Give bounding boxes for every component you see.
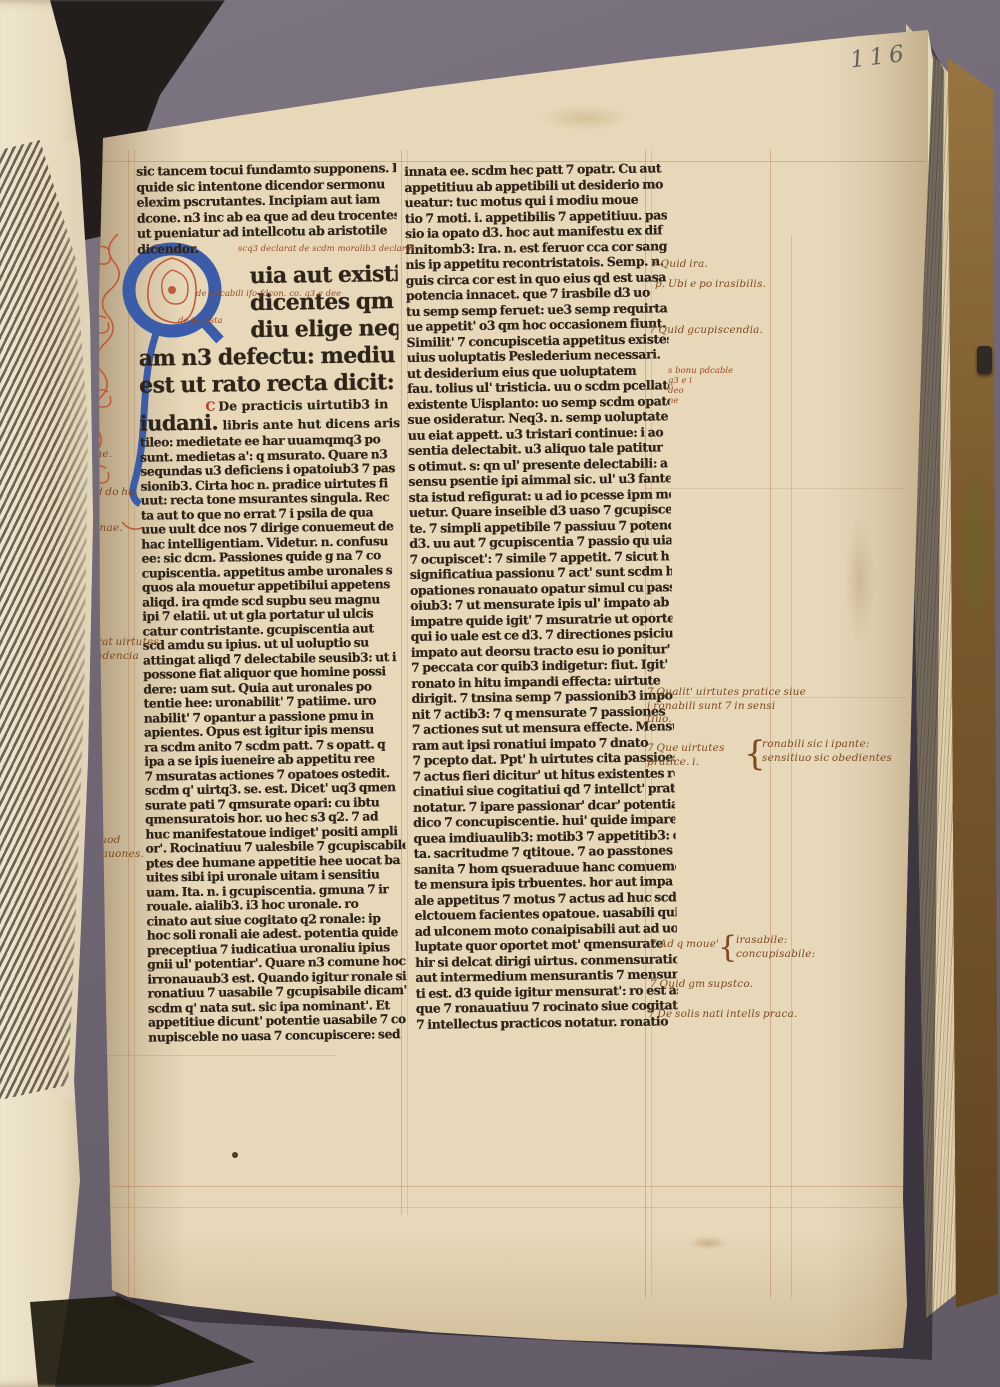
text-line: concupisabile: <box>736 948 815 962</box>
text-line: 7 Quid gm supstco. <box>650 978 753 992</box>
margin-note-right: 7 Quid gm supstco. <box>650 978 753 992</box>
display-script-lines: uia aut existim priusdicentes qm oportet… <box>137 261 399 400</box>
text-line: diu elige neq3 suphundantia <box>250 315 398 344</box>
text-line: 7 Quid gcupiscendia. <box>649 324 763 338</box>
margin-note-right: 7 Ad q moue' <box>650 938 719 952</box>
facing-page-fade <box>55 140 100 1100</box>
text-line: est ut rato recta dicit: hoc di <box>139 369 399 400</box>
text-line: pratice. i. <box>647 756 725 770</box>
brace-glyph: { <box>718 930 737 965</box>
parchment-stain <box>688 1236 728 1250</box>
text-line: am n3 defectu: mediu aute <box>139 342 399 373</box>
text-line: irasabile: <box>736 934 815 948</box>
parchment-stain <box>845 520 875 640</box>
text-line: ne <box>668 396 733 406</box>
ink-fleck <box>232 1152 238 1158</box>
text-line: sensitiuo sic obedientes <box>762 752 892 766</box>
margin-note-right-braced: irasabile:concupisabile: <box>736 934 815 961</box>
text-line: 7 Quid ira. <box>651 258 708 272</box>
margin-note-right: 7 Quid ira. <box>651 258 708 272</box>
clasp-remnant <box>977 346 992 374</box>
text-line: 7 Qualit' uirtutes pratice siue <box>647 686 806 700</box>
continuation-text: libris ante hut dicens aristo <box>218 415 400 433</box>
text-line: deo <box>668 386 733 396</box>
text-line: i ronabili sunt 7 in sensi <box>647 700 806 714</box>
margin-note-right: 7 Que uirtutespratice. i. <box>647 742 725 769</box>
left-column-body: tileo: medietate ee har uuamqmq3 posunt.… <box>140 432 408 1045</box>
binding-stain <box>952 420 998 680</box>
margin-note-right-braced: ronabili sic i ipante:sensitiuo sic obed… <box>762 738 892 765</box>
manuscript-photo: { "meta": { "folio_number": "116", "desc… <box>0 0 1000 1387</box>
bottom-curl-shadow <box>100 1230 920 1355</box>
margin-note-right: p. Ubi e po irasibilis. <box>655 278 766 292</box>
ruling-line <box>791 235 792 1298</box>
text-line: uia aut existim prius <box>249 261 397 290</box>
text-line: 7 intellectus practicos notatur. ronatio <box>416 1013 678 1032</box>
text-line: tiuo. <box>647 713 806 727</box>
text-line: ronabili sic i ipante: <box>762 738 892 752</box>
text-line: nupisceble no uasa 7 concupiscere: sed <box>148 1026 408 1044</box>
parchment-stain <box>540 105 630 131</box>
large-word: iudani. <box>140 411 219 436</box>
manuscript-page: 116 sic tancem tocui fundamto supponens.… <box>0 0 1000 1387</box>
rubric-gloss: de pdcabili ifo fdcon. co. q3 e dee <box>196 289 341 299</box>
ruling-line <box>96 1186 904 1187</box>
text-line: 7 Ad q moue' <box>650 938 719 952</box>
text-line: 7 De solis nati intells praca. <box>648 1008 798 1022</box>
ruling-line <box>645 488 905 489</box>
text-line: p. Ubi e po irasibilis. <box>655 278 766 292</box>
margin-note-right: 7 Qualit' uirtutes pratice siuei ronabil… <box>647 686 806 727</box>
red-paragraph-mark: C <box>205 399 218 414</box>
rubric-gloss: de io. psta <box>178 316 223 326</box>
text-line: q3 e i <box>668 376 733 386</box>
intro-paragraph: sic tancem tocui fundamto supponens. L3q… <box>136 160 397 257</box>
rubric-gloss-block: s bonu pdcableq3 e ideone <box>668 366 733 406</box>
text-line: s bonu pdcable <box>668 366 733 376</box>
margin-note-right: 7 De solis nati intells praca. <box>648 1008 798 1022</box>
margin-note-right: 7 Quid gcupiscendia. <box>649 324 763 338</box>
ruling-line <box>96 1207 904 1208</box>
text-line: 7 Que uirtutes <box>647 742 725 756</box>
right-text-column: innata ee. scdm hec patt 7 opatr. Cu aut… <box>404 160 678 1032</box>
rubric-gloss: scq3 declarat de scdm moralib3 declarat <box>238 244 414 254</box>
